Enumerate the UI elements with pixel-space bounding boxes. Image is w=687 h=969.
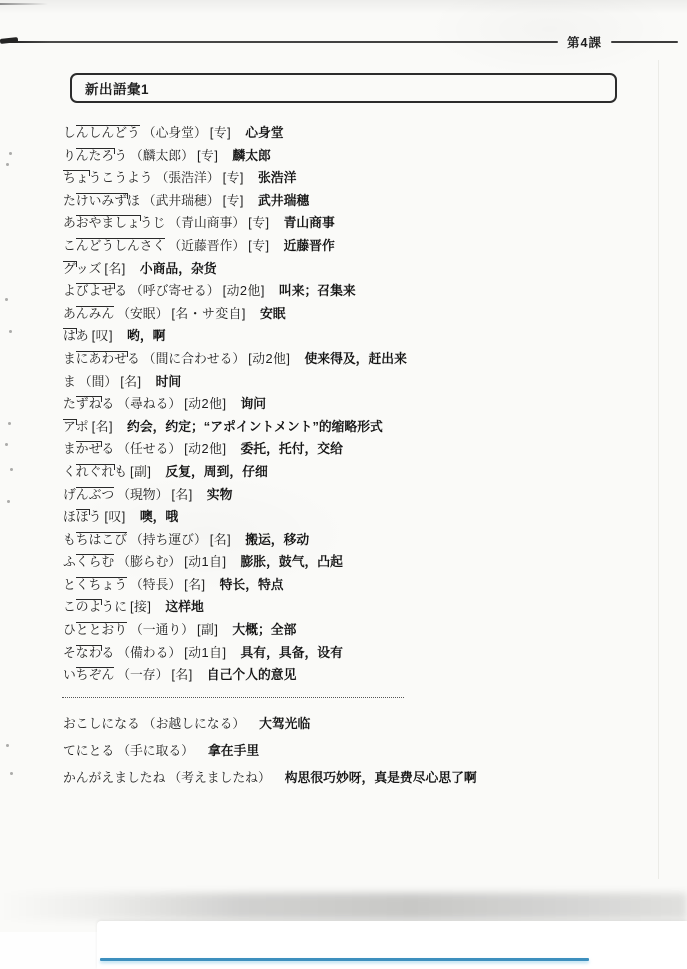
scan-speck <box>9 330 12 333</box>
bottom-background <box>0 932 98 969</box>
scan-speck <box>7 500 10 503</box>
chinese-gloss: 委托，托付，交给 <box>241 441 343 456</box>
accent-high-segment: かせ <box>76 438 102 461</box>
reading-with-accent: たけいみずほ <box>63 193 140 208</box>
vocab-entry: そなわる（備わる）[动1自]具有，具备，设有 <box>63 642 671 665</box>
part-of-speech-tag: [名] <box>171 487 192 502</box>
accent-low-segment: る <box>114 280 127 303</box>
accent-low-segment: ほ <box>127 190 140 213</box>
chinese-gloss: 约会，约定；“アポイントメント”的缩略形式 <box>127 419 383 434</box>
vocab-entry: げんぶつ（現物）[名]实物 <box>63 484 671 507</box>
chinese-gloss: 搬运，移动 <box>245 532 309 547</box>
accent-high-segment: なわ <box>76 642 102 665</box>
accent-low-segment: と <box>63 574 76 597</box>
scan-speck <box>9 152 12 155</box>
chinese-gloss: 武井瑞穗 <box>258 193 309 208</box>
chinese-gloss: 近藤晋作 <box>284 238 335 253</box>
kanji-notation: （お越しになる） <box>143 716 245 731</box>
part-of-speech-tag: [专] <box>223 193 244 208</box>
chinese-gloss: 反复，周到，仔细 <box>165 464 267 479</box>
accent-low-segment: うに <box>101 596 127 619</box>
scan-speck <box>6 163 9 166</box>
part-of-speech-tag: [副] <box>197 622 218 637</box>
kanji-notation: （青山商事） <box>168 215 245 230</box>
kanji-notation: （武井瑞穂） <box>143 193 220 208</box>
chinese-gloss: 构思很巧妙呀，真是费尽心思了啊 <box>285 770 477 785</box>
chinese-gloss: 大驾光临 <box>259 716 310 731</box>
chinese-gloss: 心身堂 <box>245 125 283 140</box>
kanji-notation: （備わる） <box>117 645 181 660</box>
accent-high-segment: んみん <box>76 303 114 326</box>
reading-with-accent: ひととおり <box>63 622 127 637</box>
chinese-gloss: 询问 <box>241 396 267 411</box>
reading-with-accent: グッズ <box>63 261 101 276</box>
part-of-speech-tag: [动2他] <box>223 283 265 298</box>
accent-high-segment: くちょう <box>76 574 127 597</box>
vocab-entry: このように[接]这样地 <box>63 596 671 619</box>
scan-speck <box>8 422 11 425</box>
reading-with-accent: とくちょう <box>63 577 127 592</box>
vocab-entry: たけいみずほ（武井瑞穂）[专]武井瑞穗 <box>63 190 671 213</box>
vocab-entry: ほほう[叹]噢，哦 <box>63 506 671 529</box>
accent-low-segment: ま <box>63 438 76 461</box>
accent-high-segment: ずね <box>76 393 102 416</box>
reading-with-accent: くれぐれも <box>63 464 127 479</box>
chinese-gloss: 哟，啊 <box>127 328 165 343</box>
vocab-entry: こんどうしんさく（近藤晋作）[专]近藤晋作 <box>63 235 671 258</box>
accent-high-segment: れぐれ <box>76 461 114 484</box>
accent-low-segment: そ <box>63 642 76 665</box>
vocab-entry: りんたろう（麟太郎）[专]麟太郎 <box>63 145 671 168</box>
supplement-phrase-list: おこしになる（お越しになる）大驾光临てにとる（手に取る）拿在手里かんがえましたね… <box>63 710 671 791</box>
accent-high-segment: んたろ <box>76 145 114 168</box>
kanji-notation: （手に取る） <box>117 743 194 758</box>
lesson-label: 第4課 <box>567 33 602 51</box>
accent-high-segment: おやましょ <box>76 212 140 235</box>
reading-with-accent: りんたろう <box>63 148 127 163</box>
accent-low-segment: く <box>63 461 76 484</box>
reading-with-accent: たずねる <box>63 396 114 411</box>
reading-with-accent: もちはこび <box>63 532 127 547</box>
chinese-gloss: 大概；全部 <box>232 622 296 637</box>
kanji-notation: （膨らむ） <box>117 554 181 569</box>
reading-with-accent: まにあわせる <box>63 351 140 366</box>
chinese-gloss: 麟太郎 <box>232 148 270 163</box>
vocab-entry: たずねる（尋ねる）[动2他]询问 <box>63 393 671 416</box>
vocab-list: しんしんどう（心身堂）[专]心身堂りんたろう（麟太郎）[专]麟太郎ちょうこうよう… <box>63 122 671 687</box>
accent-low-segment: た <box>63 393 76 416</box>
part-of-speech-tag: [名] <box>104 261 125 276</box>
accent-low-segment: る <box>127 348 140 371</box>
chinese-gloss: 实物 <box>207 487 233 502</box>
vocab-entry: くれぐれも[副]反复，周到，仔细 <box>63 461 671 484</box>
chinese-gloss: 自己个人的意见 <box>207 667 297 682</box>
header-rule-left <box>6 41 558 43</box>
part-of-speech-tag: [名] <box>120 374 141 389</box>
accent-high-segment: のよ <box>76 596 102 619</box>
part-of-speech-tag: [专] <box>248 215 269 230</box>
accent-low-segment: あ <box>63 212 76 235</box>
vocab-entry: ふくらむ（膨らむ）[动1自]膨胀，鼓气，凸起 <box>63 551 671 574</box>
chinese-gloss: 拿在手里 <box>208 743 259 758</box>
accent-low-segment: うじ <box>140 212 166 235</box>
accent-low-segment: う <box>114 145 127 168</box>
reading-with-accent: ふくらむ <box>63 554 114 569</box>
part-of-speech-tag: [专] <box>223 170 244 185</box>
kanji-notation: （持ち運び） <box>130 532 207 547</box>
reading-with-accent: いちぞん <box>63 667 114 682</box>
scan-bottom-shadow <box>0 893 687 920</box>
accent-high-segment: は <box>63 325 76 348</box>
accent-high-segment: んどうしんさく <box>76 235 166 258</box>
reading-with-accent: このように <box>63 599 127 614</box>
part-of-speech-tag: [副] <box>130 464 151 479</box>
bottom-card <box>97 921 687 969</box>
vocab-entry: アポ[名]约会，约定；“アポイントメント”的缩略形式 <box>63 416 671 439</box>
chinese-gloss: 具有，具备，设有 <box>241 645 343 660</box>
vocab-entry: もちはこび（持ち運び）[名]搬运，移动 <box>63 529 671 552</box>
scan-speck <box>10 772 13 775</box>
kanji-notation: （呼び寄せる） <box>130 283 220 298</box>
accent-high-segment: ちぞん <box>76 664 114 687</box>
kanji-notation: （尋ねる） <box>117 396 181 411</box>
kanji-notation: （一存） <box>117 667 168 682</box>
part-of-speech-tag: [叹] <box>92 328 113 343</box>
accent-low-segment: ッズ <box>76 258 102 281</box>
accent-low-segment: る <box>101 642 114 665</box>
reading-with-accent: はあ <box>63 328 89 343</box>
accent-low-segment: た <box>63 190 76 213</box>
accent-high-segment: ほ <box>76 506 89 529</box>
accent-high-segment: ア <box>63 416 76 439</box>
accent-low-segment: うこうよう <box>89 167 153 190</box>
reading-with-accent: おこしになる <box>63 716 140 731</box>
kanji-notation: （間に合わせる） <box>143 351 245 366</box>
reading-with-accent: かんがえましたね <box>63 770 165 785</box>
chinese-gloss: 时间 <box>156 374 182 389</box>
vocab-entry: とくちょう（特長）[名]特长，特点 <box>63 574 671 597</box>
scan-page-edge <box>658 60 659 879</box>
accent-high-segment: ちょ <box>63 167 89 190</box>
vocab-entry: しんしんどう（心身堂）[专]心身堂 <box>63 122 671 145</box>
chinese-gloss: 张浩洋 <box>258 170 296 185</box>
accent-low-segment: り <box>63 145 76 168</box>
kanji-notation: （現物） <box>117 487 168 502</box>
chinese-gloss: 膨胀，鼓气，凸起 <box>241 554 343 569</box>
vocab-entry: まかせる（任せる）[动2他]委托，托付，交给 <box>63 438 671 461</box>
kanji-notation: （張浩洋） <box>156 170 220 185</box>
section-divider <box>62 697 404 698</box>
accent-high-segment: ちはこび <box>76 529 127 552</box>
chinese-gloss: 特长，特点 <box>220 577 284 592</box>
accent-low-segment: ま <box>63 371 76 394</box>
part-of-speech-tag: [名] <box>92 419 113 434</box>
reading-with-accent: げんぶつ <box>63 487 114 502</box>
part-of-speech-tag: [动1自] <box>184 554 226 569</box>
accent-low-segment: ふ <box>63 551 76 574</box>
accent-low-segment: てにとる <box>63 737 114 764</box>
kanji-notation: （任せる） <box>117 441 181 456</box>
accent-low-segment: ひ <box>63 619 76 642</box>
part-of-speech-tag: [叹] <box>104 509 125 524</box>
reading-with-accent: てにとる <box>63 743 114 758</box>
kanji-notation: （考えましたね） <box>168 770 270 785</box>
accent-low-segment: おこしになる <box>63 710 140 737</box>
accent-low-segment: こ <box>63 596 76 619</box>
accent-low-segment: かんがえましたね <box>63 764 165 791</box>
reading-with-accent: アポ <box>63 419 89 434</box>
vocab-entry: よびよせる（呼び寄せる）[动2他]叫来；召集来 <box>63 280 671 303</box>
reading-with-accent: あんみん <box>63 306 114 321</box>
kanji-notation: （安眠） <box>117 306 168 321</box>
reading-with-accent: よびよせる <box>63 283 127 298</box>
accent-low-segment: も <box>63 529 76 552</box>
accent-high-segment: んぶつ <box>76 484 114 507</box>
chinese-gloss: 噢，哦 <box>140 509 178 524</box>
accent-low-segment: こ <box>63 235 76 258</box>
part-of-speech-tag: [名] <box>171 667 192 682</box>
part-of-speech-tag: [名・サ変自] <box>171 306 246 321</box>
accent-low-segment: ま <box>63 348 76 371</box>
kanji-notation: （心身堂） <box>143 125 207 140</box>
accent-low-segment: し <box>63 122 76 145</box>
reading-with-accent: こんどうしんさく <box>63 238 165 253</box>
accent-low-segment: よ <box>63 280 76 303</box>
section-title: 新出語彙1 <box>85 78 149 98</box>
accent-low-segment: る <box>101 438 114 461</box>
vocab-entry: あおやましょうじ（青山商事）[专]青山商事 <box>63 212 671 235</box>
accent-high-segment: にあわせ <box>76 348 127 371</box>
part-of-speech-tag: [动2他] <box>184 396 226 411</box>
vocab-entry: ひととおり（一通り）[副]大概；全部 <box>63 619 671 642</box>
reading-with-accent: あおやましょうじ <box>63 215 165 230</box>
scan-speck <box>5 443 8 446</box>
scan-speck <box>10 468 13 471</box>
reading-with-accent: しんしんどう <box>63 125 140 140</box>
reading-with-accent: ほほう <box>63 509 101 524</box>
accent-low-segment: も <box>114 461 127 484</box>
vocab-entry: はあ[叹]哟，啊 <box>63 325 671 348</box>
chinese-gloss: 这样地 <box>165 599 203 614</box>
accent-low-segment: あ <box>63 303 76 326</box>
kanji-notation: （近藤晋作） <box>168 238 245 253</box>
scan-speck <box>5 298 8 301</box>
accent-high-segment: グ <box>63 258 76 281</box>
accent-low-segment: い <box>63 664 76 687</box>
vocab-entry: ちょうこうよう（張浩洋）[专]张浩洋 <box>63 167 671 190</box>
kanji-notation: （特長） <box>130 577 181 592</box>
chinese-gloss: 叫来；召集来 <box>279 283 356 298</box>
kanji-notation: （麟太郎） <box>130 148 194 163</box>
kanji-notation: （間） <box>79 374 117 389</box>
vocab-entry: おこしになる（お越しになる）大驾光临 <box>63 710 671 737</box>
chinese-gloss: 青山商事 <box>284 215 335 230</box>
part-of-speech-tag: [接] <box>130 599 151 614</box>
part-of-speech-tag: [名] <box>184 577 205 592</box>
kanji-notation: （一通り） <box>130 622 194 637</box>
vocab-entry: てにとる（手に取る）拿在手里 <box>63 737 671 764</box>
blue-divider-line <box>100 958 589 961</box>
scan-artifact-line <box>0 3 48 5</box>
accent-low-segment: ほ <box>63 506 76 529</box>
part-of-speech-tag: [动2他] <box>184 441 226 456</box>
accent-low-segment: げ <box>63 484 76 507</box>
chinese-gloss: 安眠 <box>260 306 286 321</box>
page-header: 第4課 <box>0 35 687 49</box>
vocab-entry: いちぞん（一存）[名]自己个人的意见 <box>63 664 671 687</box>
part-of-speech-tag: [名] <box>210 532 231 547</box>
vocab-entry: まにあわせる（間に合わせる）[动2他]使来得及，赶出来 <box>63 348 671 371</box>
reading-with-accent: ちょうこうよう <box>63 170 153 185</box>
scanned-textbook-page: 第4課 新出語彙1 しんしんどう（心身堂）[专]心身堂りんたろう（麟太郎）[专]… <box>0 0 687 969</box>
accent-high-segment: んしんどう <box>76 122 140 145</box>
vocab-entry: かんがえましたね（考えましたね）构思很巧妙呀，真是费尽心思了啊 <box>63 764 671 791</box>
part-of-speech-tag: [专] <box>248 238 269 253</box>
accent-high-segment: びよせ <box>76 280 114 303</box>
accent-low-segment: あ <box>76 325 89 348</box>
part-of-speech-tag: [动2他] <box>248 351 290 366</box>
chinese-gloss: 使来得及，赶出来 <box>304 351 406 366</box>
accent-high-segment: ととおり <box>76 619 127 642</box>
scan-speck <box>6 744 9 747</box>
part-of-speech-tag: [动1自] <box>184 645 226 660</box>
vocab-entry: あんみん（安眠）[名・サ変自]安眠 <box>63 303 671 326</box>
accent-low-segment: う <box>89 506 102 529</box>
part-of-speech-tag: [专] <box>210 125 231 140</box>
vocab-entry: グッズ[名]小商品，杂货 <box>63 258 671 281</box>
vocab-entry: ま（間）[名]时间 <box>63 371 671 394</box>
accent-low-segment: ポ <box>76 416 89 439</box>
reading-with-accent: ま <box>63 374 76 389</box>
reading-with-accent: まかせる <box>63 441 114 456</box>
accent-low-segment: る <box>101 393 114 416</box>
chinese-gloss: 小商品，杂货 <box>140 261 217 276</box>
accent-high-segment: けいみず <box>76 190 127 213</box>
section-title-box: 新出語彙1 <box>70 73 617 103</box>
part-of-speech-tag: [专] <box>197 148 218 163</box>
reading-with-accent: そなわる <box>63 645 114 660</box>
header-rule-right <box>611 41 678 43</box>
scan-edge-shade <box>0 0 687 14</box>
accent-high-segment: くらむ <box>76 551 114 574</box>
